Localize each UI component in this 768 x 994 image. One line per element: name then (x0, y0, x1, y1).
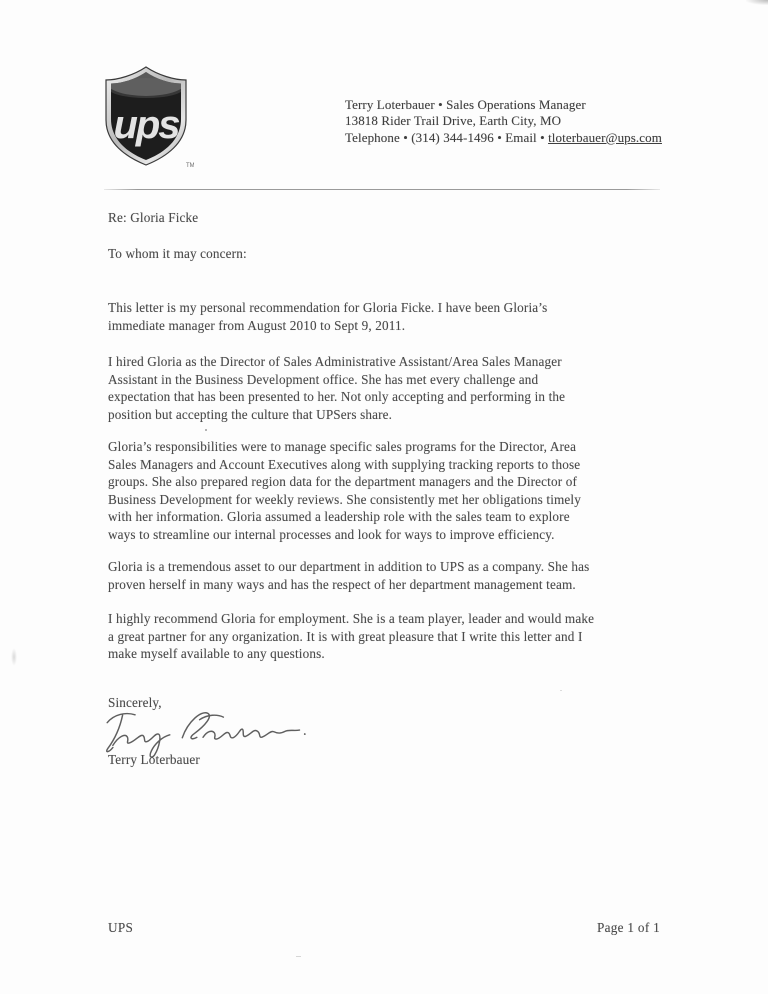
scan-artifact (205, 429, 207, 431)
salutation: To whom it may concern: (108, 245, 688, 263)
paragraph-1: This letter is my personal recommendatio… (108, 299, 688, 334)
letterhead-contact-block: Terry Loterbauer • Sales Operations Mana… (345, 97, 662, 146)
scan-artifact (560, 690, 562, 691)
paragraph-5: I highly recommend Gloria for employment… (108, 610, 688, 663)
paragraph-3: Gloria’s responsibilities were to manage… (108, 438, 688, 544)
contact-address: 13818 Rider Trail Drive, Earth City, MO (345, 113, 662, 129)
ups-logo: ups TM (98, 64, 194, 168)
paragraph-2: I hired Gloria as the Director of Sales … (108, 353, 688, 423)
scan-artifact (746, 0, 768, 5)
contact-name-title: Terry Loterbauer • Sales Operations Mana… (345, 97, 662, 113)
scanned-letter-page: ups TM Terry Loterbauer • Sales Operatio… (0, 0, 768, 994)
contact-telephone-line: Telephone • (314) 344-1496 • Email • tlo… (345, 130, 662, 146)
ups-shield-icon: ups TM (98, 64, 194, 168)
trademark-label: TM (186, 163, 194, 168)
signatory-name: Terry Loterbauer (108, 751, 688, 769)
ups-logo-text: ups (113, 103, 179, 147)
letterhead-divider (104, 189, 660, 190)
contact-email: tloterbauer@ups.com (548, 130, 662, 145)
scan-artifact (11, 648, 17, 666)
paragraph-4: Gloria is a tremendous asset to our depa… (108, 558, 688, 593)
footer-page-number: Page 1 of 1 (108, 920, 660, 936)
contact-telephone-prefix: Telephone • (314) 344-1496 • Email • (345, 130, 548, 145)
scan-artifact (296, 956, 301, 957)
re-line: Re: Gloria Ficke (108, 209, 688, 227)
